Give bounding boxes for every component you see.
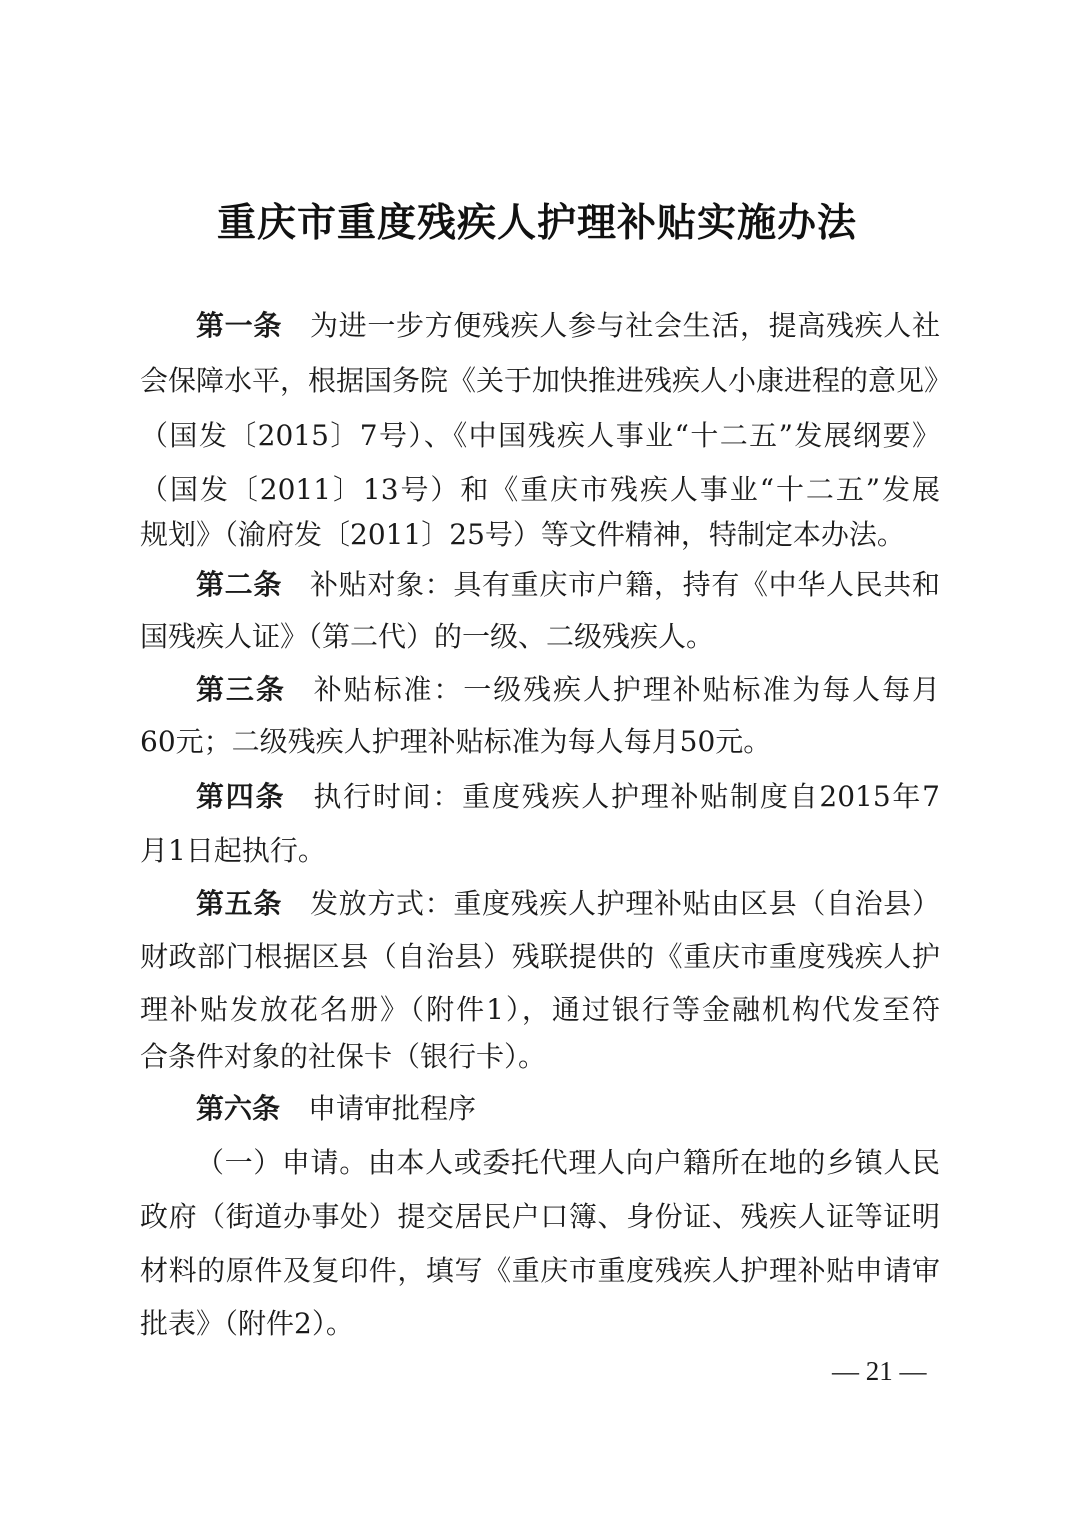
article-label: 第一条	[196, 309, 282, 342]
article-6-line-1: 第六条申请审批程序	[196, 1091, 940, 1127]
article-text: 发放方式：重度残疾人护理补贴由区县（自治县）	[310, 887, 940, 920]
article-label: 第五条	[196, 887, 282, 920]
article-5-line-3: 理补贴发放花名册》（附件1），通过银行等金融机构代发至符	[140, 992, 940, 1028]
article-text: 补贴标准：一级残疾人护理补贴标准为每人每月	[314, 673, 940, 706]
sub-item-1-line-3: 材料的原件及复印件，填写《重庆市重度残疾人护理补贴申请审	[140, 1253, 940, 1289]
article-1-line-4: （国发〔2011〕13号）和《重庆市残疾人事业“十二五”发展	[140, 472, 940, 508]
article-text: 为进一步方便残疾人参与社会生活，提高残疾人社	[310, 309, 940, 342]
sub-item-1-line-4: 批表》（附件2）。	[140, 1306, 940, 1342]
article-text: 申请审批程序	[308, 1092, 476, 1125]
article-1-line-1: 第一条为进一步方便残疾人参与社会生活，提高残疾人社	[196, 308, 940, 344]
article-2-line-2: 国残疾人证》（第二代）的一级、二级残疾人。	[140, 619, 940, 655]
article-5-line-4: 合条件对象的社保卡（银行卡）。	[140, 1039, 940, 1075]
article-text: 执行时间：重度残疾人护理补贴制度自2015年7	[313, 780, 940, 813]
article-1-line-2: 会保障水平，根据国务院《关于加快推进残疾人小康进程的意见》	[140, 363, 940, 399]
article-5-line-2: 财政部门根据区县（自治县）残联提供的《重庆市重度残疾人护	[140, 939, 940, 975]
page-number: — 21 —	[832, 1356, 927, 1387]
article-2-line-1: 第二条补贴对象：具有重庆市户籍，持有《中华人民共和	[196, 567, 940, 603]
article-label: 第二条	[196, 568, 282, 601]
article-3-line-1: 第三条补贴标准：一级残疾人护理补贴标准为每人每月	[196, 672, 940, 708]
article-text: 补贴对象：具有重庆市户籍，持有《中华人民共和	[310, 568, 940, 601]
article-5-line-1: 第五条发放方式：重度残疾人护理补贴由区县（自治县）	[196, 886, 940, 922]
article-3-line-2: 60元；二级残疾人护理补贴标准为每人每月50元。	[140, 724, 940, 760]
article-label: 第六条	[196, 1092, 280, 1125]
article-label: 第四条	[196, 780, 285, 813]
sub-item-1-line-2: 政府（街道办事处）提交居民户口簿、身份证、残疾人证等证明	[140, 1199, 940, 1235]
article-label: 第三条	[196, 673, 286, 706]
article-1-line-3: （国发〔2015〕7号）、《中国残疾人事业“十二五”发展纲要》	[140, 418, 940, 454]
sub-item-1-line-1: （一）申请。由本人或委托代理人向户籍所在地的乡镇人民	[196, 1145, 940, 1181]
article-4-line-2: 月1日起执行。	[140, 833, 940, 869]
document-title: 重庆市重度残疾人护理补贴实施办法	[0, 192, 1074, 248]
article-4-line-1: 第四条执行时间：重度残疾人护理补贴制度自2015年7	[196, 779, 940, 815]
article-1-line-5: 规划》（渝府发〔2011〕25号）等文件精神，特制定本办法。	[140, 517, 940, 553]
